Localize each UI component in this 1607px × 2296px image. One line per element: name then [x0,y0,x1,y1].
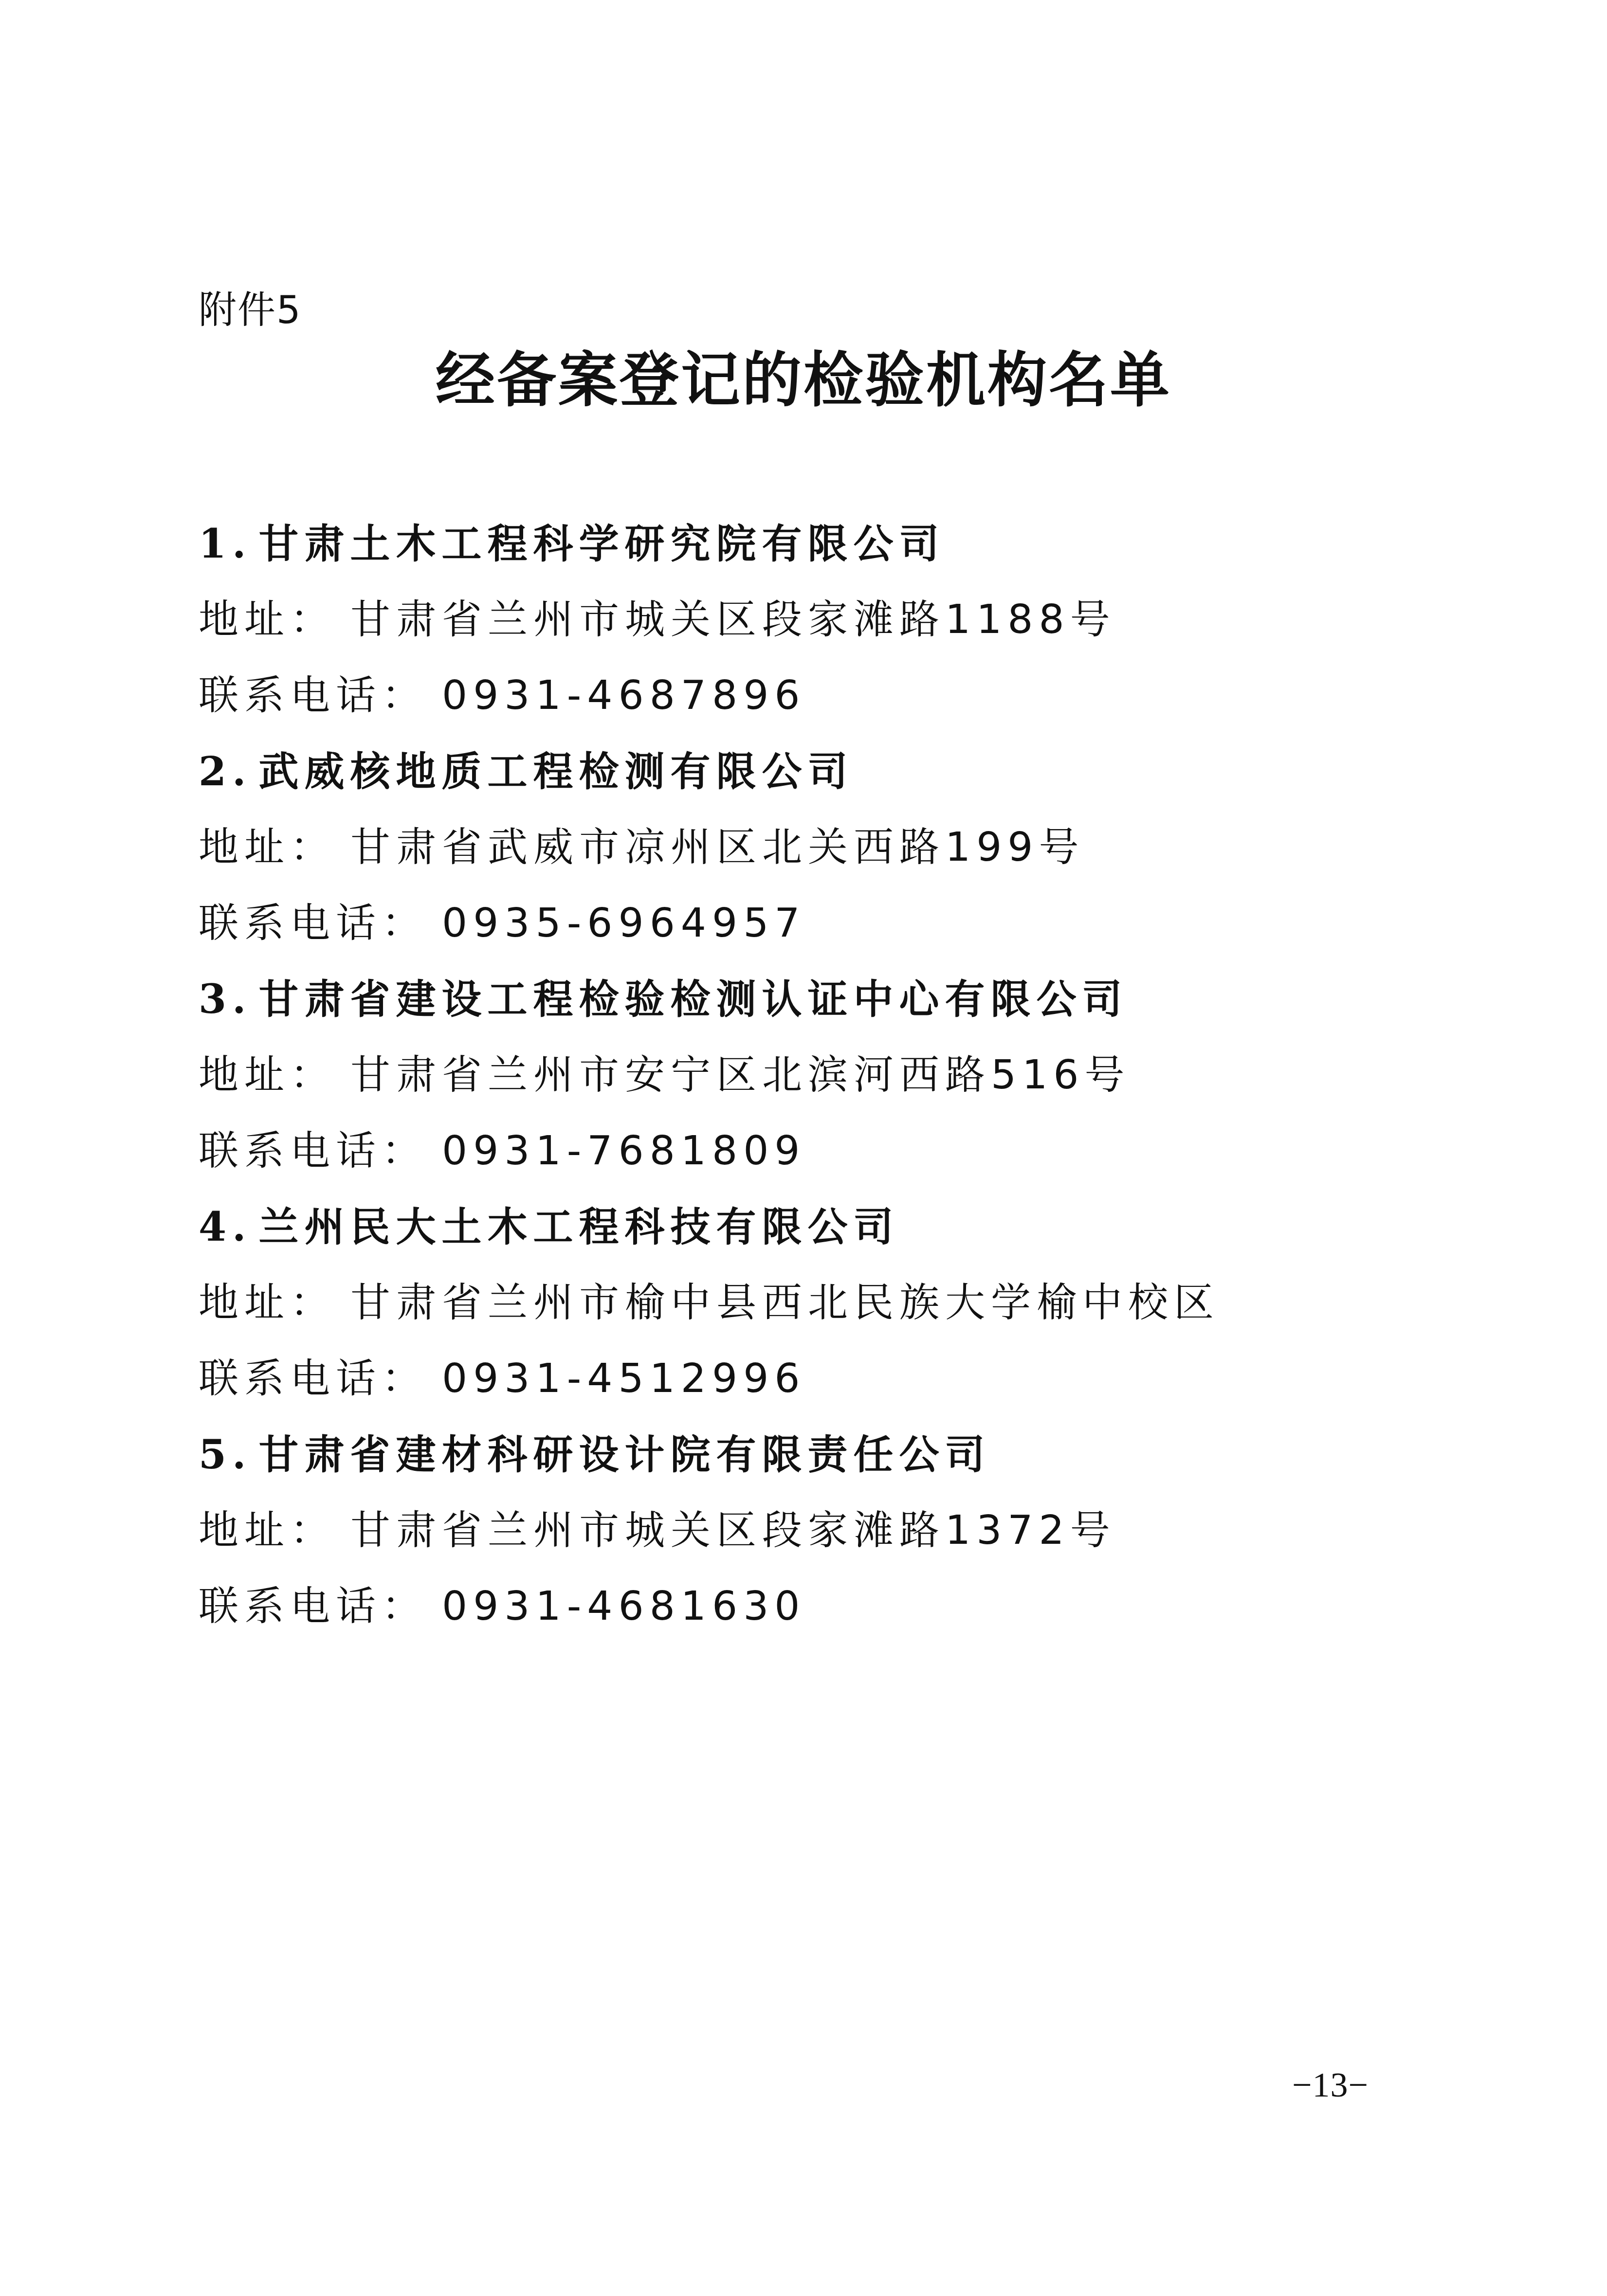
item-number: 3. [199,961,252,1037]
item-number: 5. [199,1417,252,1493]
document-title: 经备案登记的检验机构名单 [436,341,1171,418]
phone-label: 联系电话： [199,1341,427,1417]
organization-name: 4.兰州民大土木工程科技有限公司 [199,1189,1464,1265]
organization-list: 1.甘肃土木工程科学研究院有限公司 地址：甘肃省兰州市城关区段家滩路1188号 … [199,506,1464,1645]
organization-address: 地址：甘肃省兰州市榆中县西北民族大学榆中校区 [199,1265,1464,1341]
phone-value: 0931-4681630 [442,1569,805,1645]
organization-phone: 联系电话：0931-4687896 [199,658,1464,734]
phone-label: 联系电话： [199,886,427,961]
organization-item: 3.甘肃省建设工程检验检测认证中心有限公司 地址：甘肃省兰州市安宁区北滨河西路5… [199,961,1464,1189]
organization-name: 2.武威核地质工程检测有限公司 [199,734,1464,810]
address-label: 地址： [199,582,336,658]
phone-value: 0935-6964957 [442,886,805,961]
organization-name-text: 兰州民大土木工程科技有限公司 [259,1204,899,1250]
phone-label: 联系电话： [199,1569,427,1645]
address-value: 甘肃省兰州市榆中县西北民族大学榆中校区 [350,1265,1220,1341]
address-label: 地址： [199,1037,336,1113]
address-label: 地址： [199,810,336,886]
item-number: 1. [199,506,252,582]
address-value: 甘肃省兰州市城关区段家滩路1372号 [350,1493,1116,1569]
phone-value: 0931-4512996 [442,1341,805,1417]
organization-name-text: 武威核地质工程检测有限公司 [259,748,854,795]
page-number: −13− [1292,2061,1369,2109]
item-number: 2. [199,734,252,810]
organization-item: 1.甘肃土木工程科学研究院有限公司 地址：甘肃省兰州市城关区段家滩路1188号 … [199,506,1464,734]
organization-item: 2.武威核地质工程检测有限公司 地址：甘肃省武威市凉州区北关西路199号 联系电… [199,734,1464,961]
organization-name: 3.甘肃省建设工程检验检测认证中心有限公司 [199,961,1464,1037]
organization-name-text: 甘肃省建材科研设计院有限责任公司 [259,1431,991,1478]
address-value: 甘肃省兰州市城关区段家滩路1188号 [350,582,1116,658]
phone-label: 联系电话： [199,658,427,734]
organization-name: 1.甘肃土木工程科学研究院有限公司 [199,506,1464,582]
organization-phone: 联系电话：0931-7681809 [199,1113,1464,1189]
address-value: 甘肃省武威市凉州区北关西路199号 [350,810,1085,886]
phone-label: 联系电话： [199,1113,427,1189]
organization-item: 4.兰州民大土木工程科技有限公司 地址：甘肃省兰州市榆中县西北民族大学榆中校区 … [199,1189,1464,1417]
document-page: 附件5 经备案登记的检验机构名单 1.甘肃土木工程科学研究院有限公司 地址：甘肃… [0,0,1607,2296]
organization-item: 5.甘肃省建材科研设计院有限责任公司 地址：甘肃省兰州市城关区段家滩路1372号… [199,1417,1464,1645]
phone-value: 0931-7681809 [442,1113,805,1189]
item-number: 4. [199,1189,252,1265]
organization-address: 地址：甘肃省兰州市城关区段家滩路1188号 [199,582,1464,658]
organization-phone: 联系电话：0931-4512996 [199,1341,1464,1417]
organization-name-text: 甘肃土木工程科学研究院有限公司 [259,521,945,567]
organization-name: 5.甘肃省建材科研设计院有限责任公司 [199,1417,1464,1493]
phone-value: 0931-4687896 [442,658,805,734]
organization-name-text: 甘肃省建设工程检验检测认证中心有限公司 [259,976,1128,1023]
attachment-label: 附件5 [199,286,302,335]
address-label: 地址： [199,1265,336,1341]
organization-address: 地址：甘肃省武威市凉州区北关西路199号 [199,810,1464,886]
address-label: 地址： [199,1493,336,1569]
organization-address: 地址：甘肃省兰州市城关区段家滩路1372号 [199,1493,1464,1569]
address-value: 甘肃省兰州市安宁区北滨河西路516号 [350,1037,1131,1113]
organization-phone: 联系电话：0935-6964957 [199,886,1464,961]
organization-address: 地址：甘肃省兰州市安宁区北滨河西路516号 [199,1037,1464,1113]
organization-phone: 联系电话：0931-4681630 [199,1569,1464,1645]
